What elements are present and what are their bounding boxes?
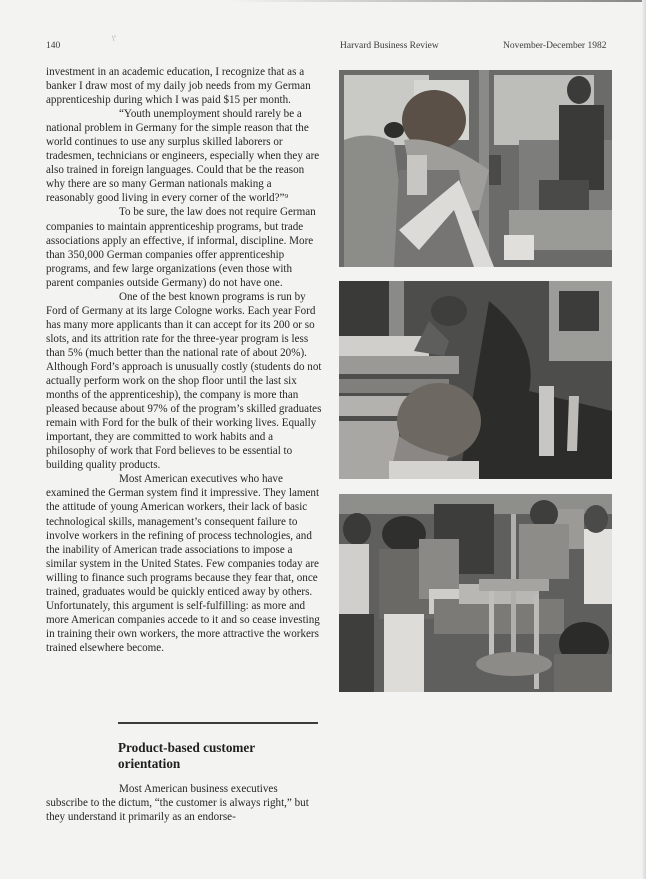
section-divider bbox=[118, 722, 318, 724]
paragraph: investment in an academic education, I r… bbox=[46, 65, 322, 107]
paragraph: One of the best known programs is run by… bbox=[46, 290, 322, 473]
photo-apprentice-marking-board bbox=[339, 281, 612, 479]
photo-apprentice-workbench bbox=[339, 70, 612, 267]
page-number: 140 bbox=[46, 41, 60, 51]
paragraph: Most American executives who have examin… bbox=[46, 472, 322, 655]
section-heading: Product-based customer orientation bbox=[118, 740, 318, 772]
reverse-side-bleed-through bbox=[340, 700, 610, 820]
photo-image bbox=[339, 494, 612, 692]
section-body: Most American business executives subscr… bbox=[46, 782, 322, 824]
photo-image bbox=[339, 70, 612, 267]
page-right-edge bbox=[642, 0, 646, 879]
body-text-column: investment in an academic education, I r… bbox=[46, 65, 322, 655]
photo-apprentices-group-press bbox=[339, 494, 612, 692]
paragraph: Most American business executives subscr… bbox=[46, 782, 322, 824]
journal-name: Harvard Business Review bbox=[340, 41, 439, 51]
paragraph: To be sure, the law does not require Ger… bbox=[46, 205, 322, 289]
photo-image bbox=[339, 281, 612, 479]
page-top-edge bbox=[230, 0, 646, 2]
paragraph: “Youth unemployment should rarely be a n… bbox=[46, 107, 322, 205]
issue-date: November-December 1982 bbox=[503, 41, 606, 51]
pencil-mark: \' bbox=[112, 34, 116, 43]
